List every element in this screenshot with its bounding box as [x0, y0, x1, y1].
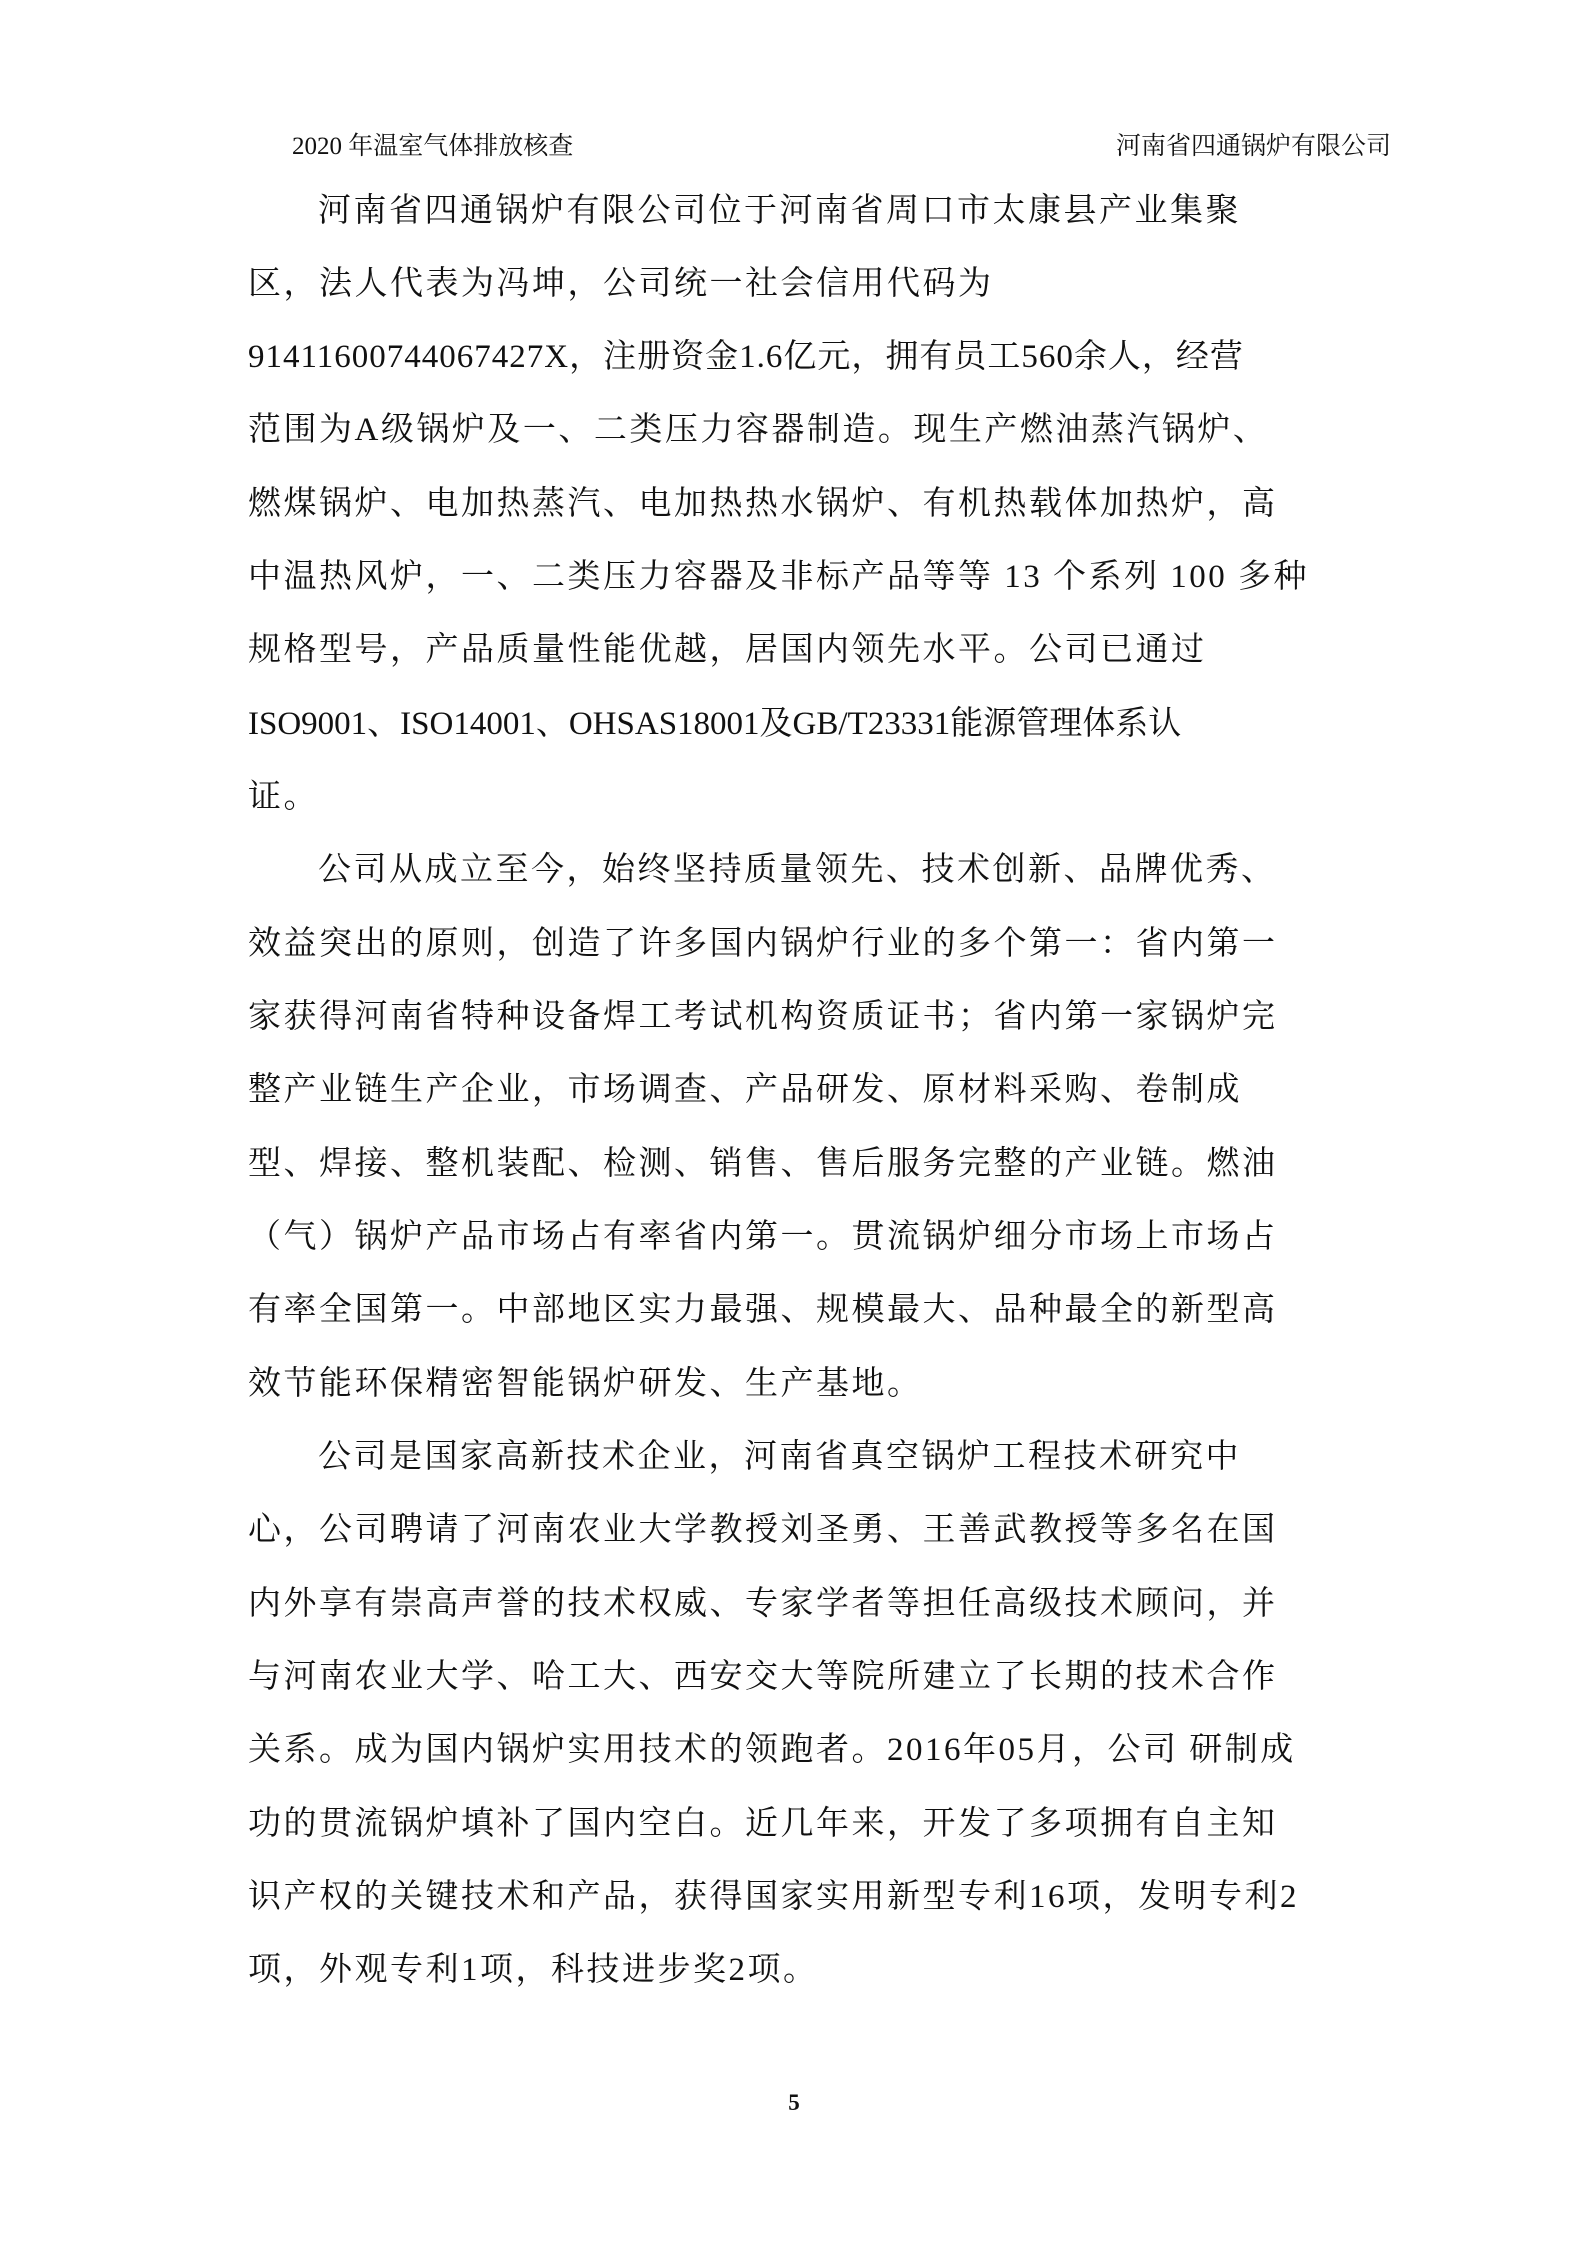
text-line: 效益突出的原则，创造了许多国内锅炉行业的多个第一：省内第一 — [248, 919, 1358, 969]
text-line: 河南省四通锅炉有限公司位于河南省周口市太康县产业集聚 — [318, 186, 1428, 236]
text-line: 规格型号，产品质量性能优越，居国内领先水平。公司已通过 — [248, 625, 1358, 675]
text-line: 心，公司聘请了河南农业大学教授刘圣勇、王善武教授等多名在国 — [248, 1505, 1358, 1555]
text-line: 与河南农业大学、哈工大、西安交大等院所建立了长期的技术合作 — [248, 1652, 1358, 1702]
text-line: 关系。成为国内锅炉实用技术的领跑者。2016年05月，公司 研制成 — [248, 1725, 1358, 1775]
text-line: （气）锅炉产品市场占有率省内第一。贯流锅炉细分市场上市场占 — [248, 1212, 1358, 1262]
text-line: ISO9001、ISO14001、OHSAS18001及GB/T23331能源管… — [248, 699, 1358, 749]
text-line: 功的贯流锅炉填补了国内空白。近几年来，开发了多项拥有自主知 — [248, 1799, 1358, 1849]
text-line: 燃煤锅炉、电加热蒸汽、电加热热水锅炉、有机热载体加热炉，高 — [248, 479, 1358, 529]
text-line: 公司是国家高新技术企业，河南省真空锅炉工程技术研究中 — [318, 1432, 1428, 1482]
text-line: 整产业链生产企业，市场调查、产品研发、原材料采购、卷制成 — [248, 1065, 1358, 1115]
text-line: 证。 — [248, 772, 1358, 822]
text-line: 区，法人代表为冯坤，公司统一社会信用代码为 — [248, 259, 1358, 309]
page-number: 5 — [0, 2090, 1588, 2116]
text-line: 91411600744067427X，注册资金1.6亿元，拥有员工560余人，经… — [248, 332, 1358, 382]
text-line: 项，外观专利1项，科技进步奖2项。 — [248, 1945, 1358, 1995]
text-line: 范围为A级锅炉及一、二类压力容器制造。现生产燃油蒸汽锅炉、 — [248, 405, 1358, 455]
page-header-left: 2020 年温室气体排放核查 — [292, 130, 573, 164]
text-line: 识产权的关键技术和产品，获得国家实用新型专利16项，发明专利2 — [248, 1872, 1358, 1922]
text-line: 效节能环保精密智能锅炉研发、生产基地。 — [248, 1359, 1358, 1409]
text-line: 家获得河南省特种设备焊工考试机构资质证书；省内第一家锅炉完 — [248, 992, 1358, 1042]
text-line: 内外享有崇高声誉的技术权威、专家学者等担任高级技术顾问，并 — [248, 1579, 1358, 1629]
text-line: 中温热风炉，一、二类压力容器及非标产品等等 13 个系列 100 多种 — [248, 552, 1358, 602]
text-line: 有率全国第一。中部地区实力最强、规模最大、品种最全的新型高 — [248, 1285, 1358, 1335]
text-line: 型、焊接、整机装配、检测、销售、售后服务完整的产业链。燃油 — [248, 1139, 1358, 1189]
page-header-right: 河南省四通锅炉有限公司 — [1116, 130, 1391, 164]
text-line: 公司从成立至今，始终坚持质量领先、技术创新、品牌优秀、 — [318, 845, 1428, 895]
